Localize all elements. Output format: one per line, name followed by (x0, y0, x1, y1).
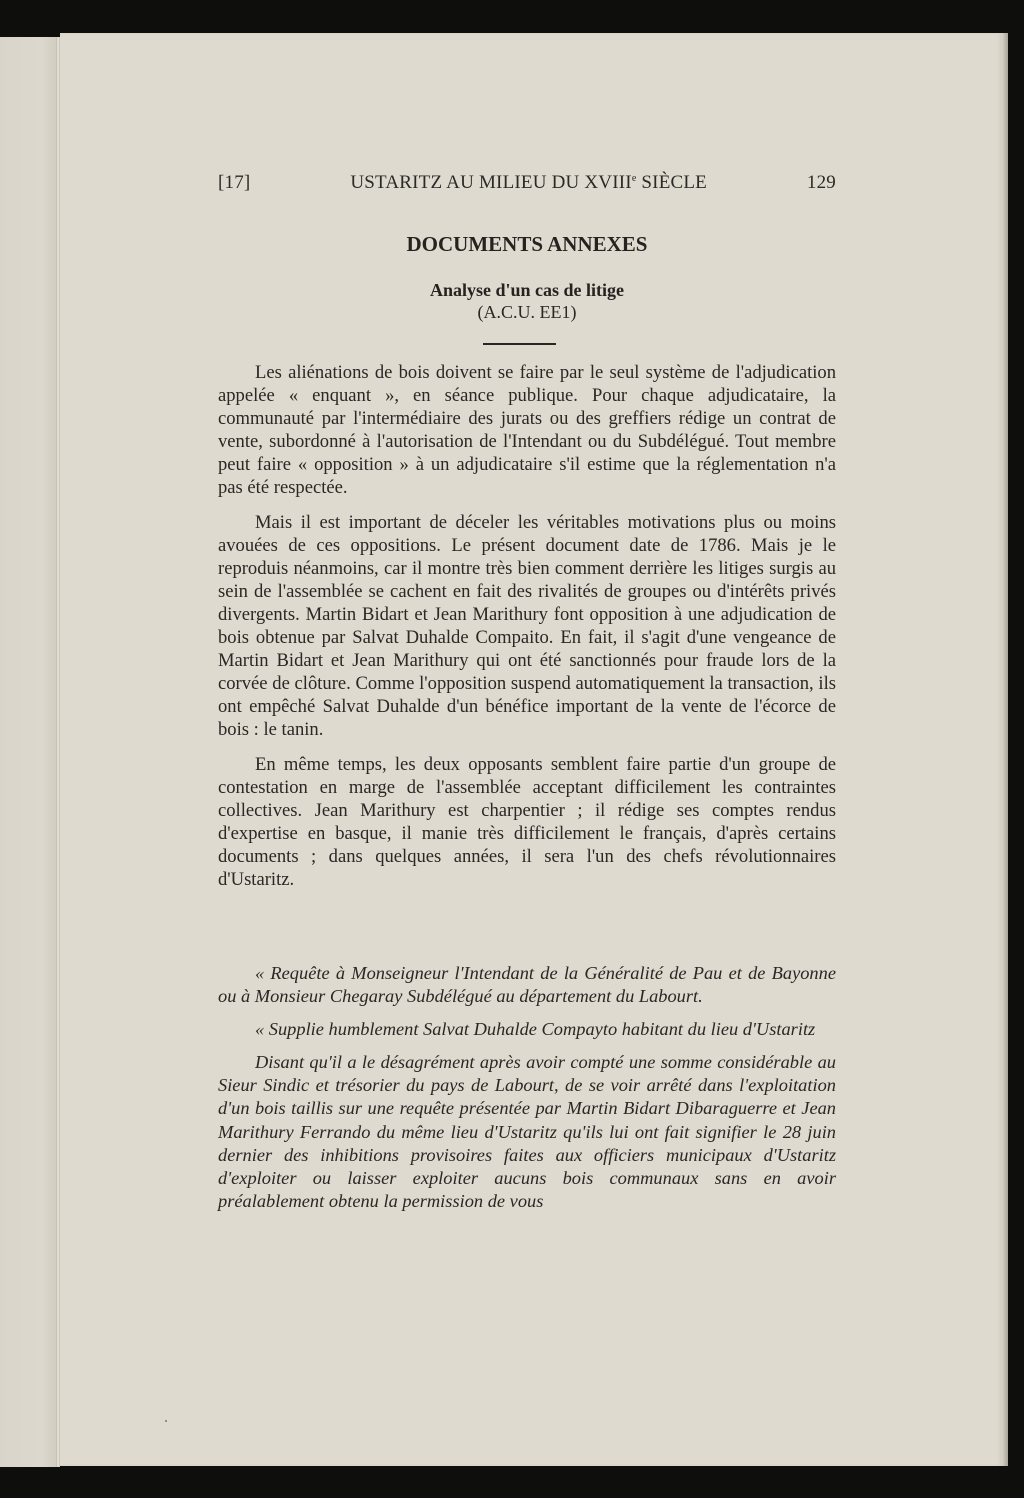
body-text: Les aliénations de bois doivent se faire… (218, 361, 836, 902)
paper-speck (165, 1420, 167, 1422)
running-head: [17] USTARITZ AU MILIEU DU XVIIIe SIÈCLE… (218, 172, 836, 194)
paragraph: Les aliénations de bois doivent se faire… (218, 361, 836, 500)
chapter-number: [17] (218, 172, 250, 194)
paragraph: En même temps, les deux opposants semble… (218, 753, 836, 892)
section-divider (483, 343, 556, 345)
quoted-paragraph: « Requête à Monseigneur l'Intendant de l… (218, 962, 836, 1008)
facing-page-edge (0, 37, 60, 1467)
paragraph: Mais il est important de déceler les vér… (218, 511, 836, 742)
archive-reference: (A.C.U. EE1) (218, 302, 836, 323)
section-title: DOCUMENTS ANNEXES (218, 232, 836, 257)
quoted-paragraph: « Supplie humblement Salvat Duhalde Comp… (218, 1018, 836, 1041)
running-title: USTARITZ AU MILIEU DU XVIIIe SIÈCLE (350, 172, 707, 194)
page-edge-shadow (1003, 33, 1008, 1466)
section-subtitle: Analyse d'un cas de litige (218, 280, 836, 301)
quoted-paragraph: Disant qu'il a le désagrément après avoi… (218, 1051, 836, 1213)
page-number: 129 (807, 172, 836, 194)
quoted-document: « Requête à Monseigneur l'Intendant de l… (218, 962, 836, 1223)
